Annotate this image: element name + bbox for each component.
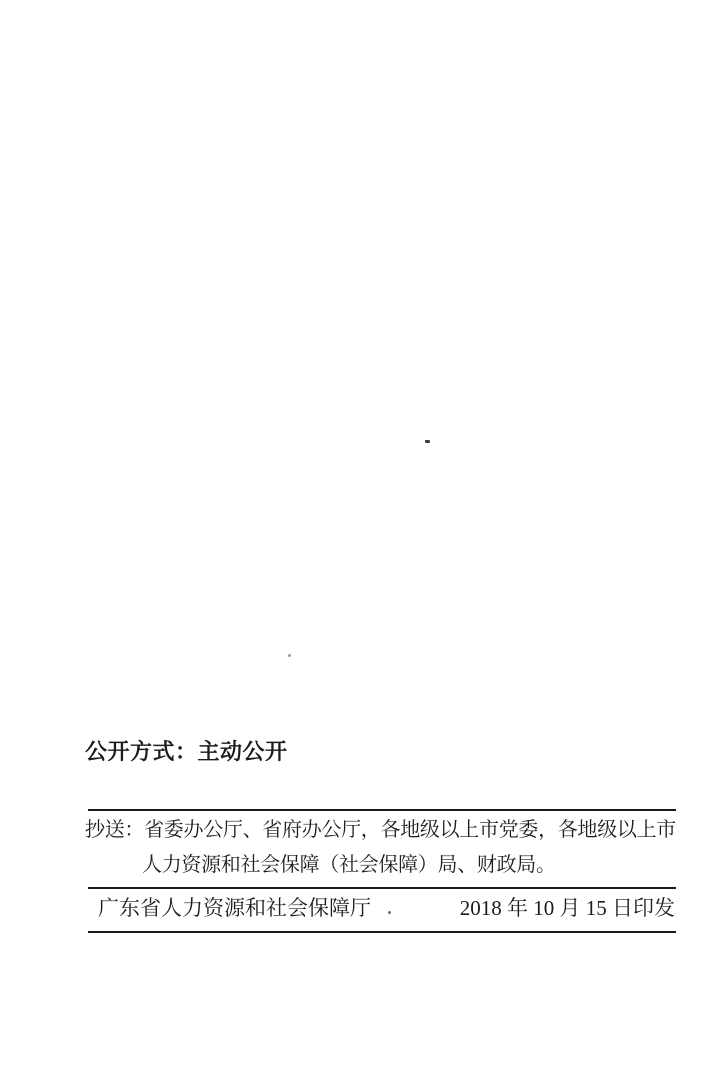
scan-speck [425, 440, 430, 443]
disclosure-method-text: 公开方式：主动公开 [85, 740, 288, 764]
scan-speck [288, 654, 291, 657]
issuing-agency-text: 广东省人力资源和社会保障厅 [98, 896, 371, 920]
cc-recipients-line1: 抄送：省委办公厅、省府办公厅，各地级以上市党委，各地级以上市 [85, 819, 676, 842]
scan-speck [388, 911, 391, 914]
cc-recipients-line2: 人力资源和社会保障（社会保障）局、财政局。 [142, 854, 556, 877]
divider-rule-middle [88, 887, 676, 889]
divider-rule-bottom [88, 931, 676, 933]
divider-rule-top [88, 809, 676, 811]
document-page: 公开方式：主动公开 抄送：省委办公厅、省府办公厅，各地级以上市党委，各地级以上市… [0, 0, 727, 1076]
print-date-text: 2018 年 10 月 15 日印发 [460, 896, 675, 920]
